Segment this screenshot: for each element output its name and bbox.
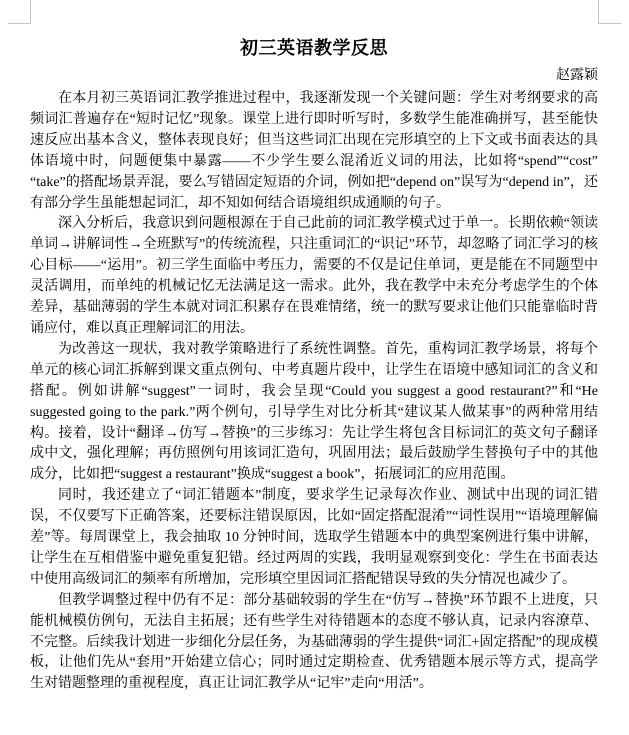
paragraph: 为改善这一现状，我对教学策略进行了系统性调整。首先，重构词汇教学场景，将每个单元… bbox=[30, 340, 598, 486]
paragraph: 深入分析后，我意识到问题根源在于自己此前的词汇教学模式过于单一。长期依赖“领读单… bbox=[30, 214, 598, 339]
document-page: 初三英语教学反思 赵露颖 在本月初三英语词汇教学推进过程中，我逐渐发现一个关键问… bbox=[0, 0, 629, 735]
margin-mark-top-left bbox=[8, 0, 31, 24]
paragraph: 但教学调整过程中仍有不足：部分基础较弱的学生在“仿写→替换”环节跟不上进度，只能… bbox=[30, 591, 598, 696]
author-name: 赵露颖 bbox=[30, 66, 598, 86]
document-title: 初三英语教学反思 bbox=[30, 35, 598, 61]
document-body: 在本月初三英语词汇教学推进过程中，我逐渐发现一个关键问题：学生对考纲要求的高频词… bbox=[30, 89, 598, 695]
paragraph: 在本月初三英语词汇教学推进过程中，我逐渐发现一个关键问题：学生对考纲要求的高频词… bbox=[30, 89, 598, 214]
document-content: 初三英语教学反思 赵露颖 在本月初三英语词汇教学推进过程中，我逐渐发现一个关键问… bbox=[30, 23, 598, 695]
paragraph: 同时，我还建立了“词汇错题本”制度，要求学生记录每次作业、测试中出现的词汇错误，… bbox=[30, 486, 598, 591]
margin-mark-top-right bbox=[598, 0, 621, 24]
